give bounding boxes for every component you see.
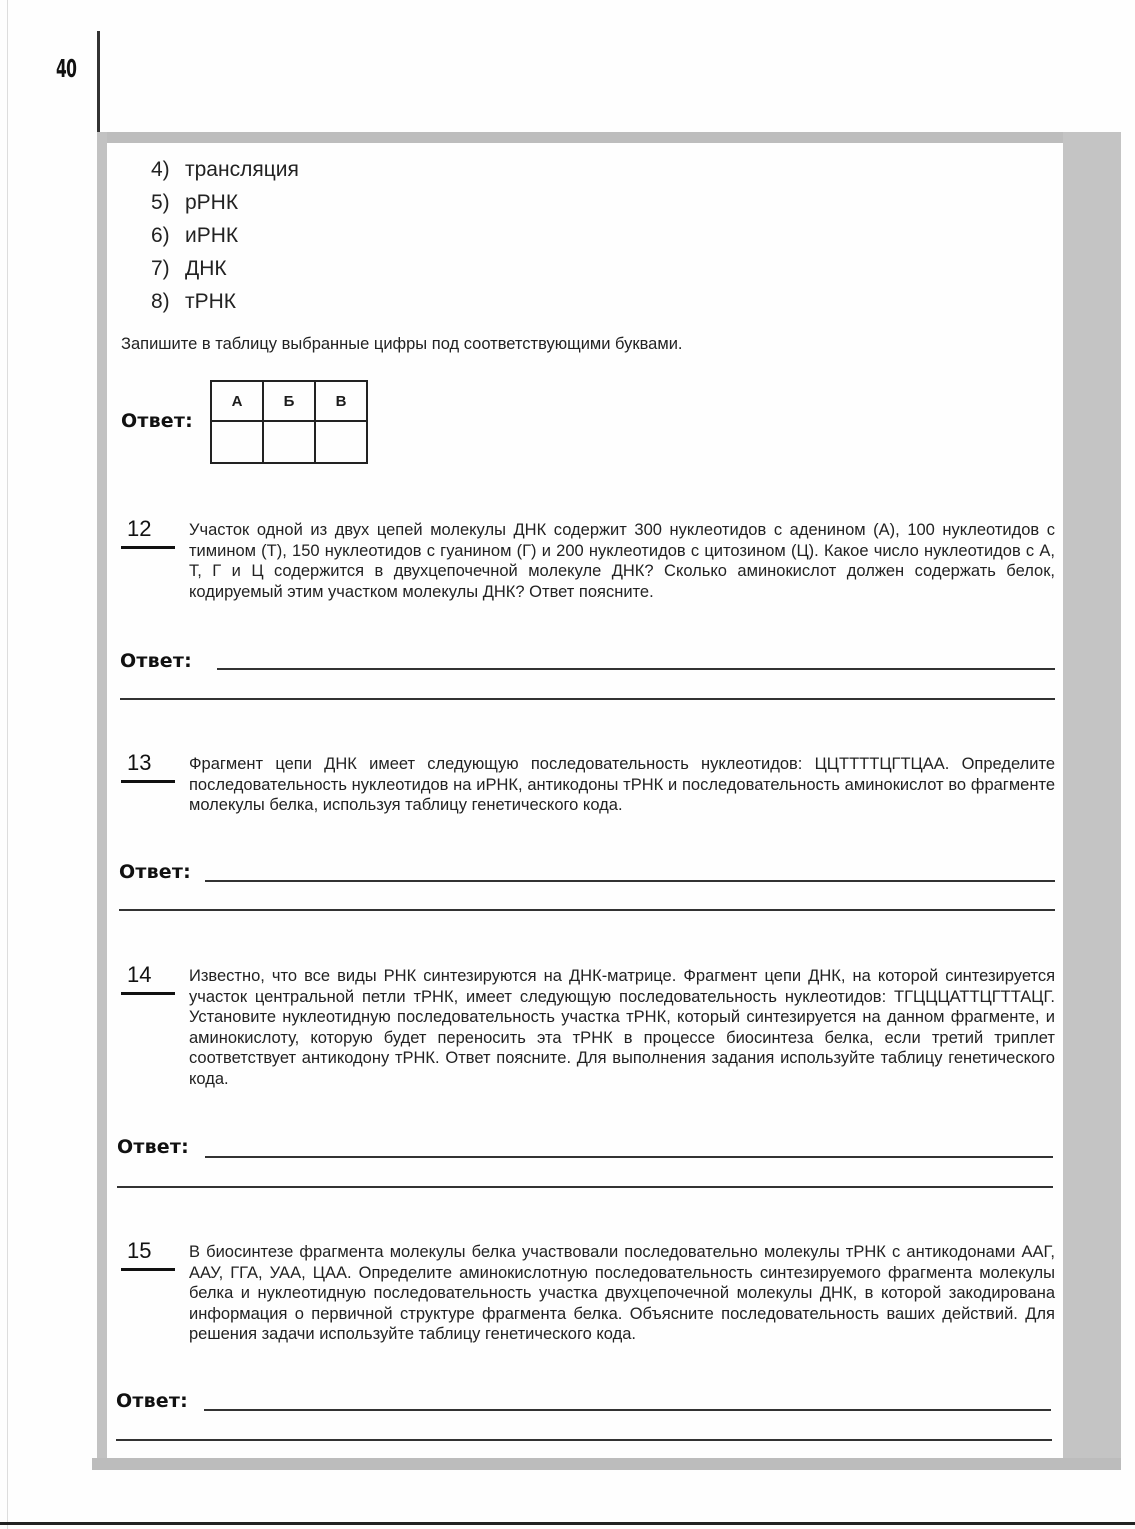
frame-border-left <box>97 132 107 1470</box>
option-label: ДНК <box>185 257 227 280</box>
options-list: 4)трансляция 5)рРНК 6)иРНК 7)ДНК 8)тРНК <box>151 153 299 318</box>
task-number-underline <box>121 992 175 995</box>
task-number: 12 <box>127 516 151 542</box>
answer-cell-b[interactable] <box>263 421 315 463</box>
task-number: 13 <box>127 750 151 776</box>
answer-label: Ответ: <box>119 861 191 883</box>
answer-line[interactable] <box>116 1439 1052 1441</box>
answer-line[interactable] <box>119 909 1055 911</box>
answer-line[interactable] <box>217 668 1055 670</box>
answer-cell-v[interactable] <box>315 421 367 463</box>
answer-cell-a[interactable] <box>211 421 263 463</box>
frame-border-top <box>97 132 1120 143</box>
option-number: 5) <box>151 186 185 219</box>
page-number: 40 <box>56 54 76 83</box>
scan-edge <box>7 0 8 1529</box>
option-item: 4)трансляция <box>151 153 299 186</box>
answer-label: Ответ: <box>117 1136 189 1158</box>
option-label: трансляция <box>185 158 299 181</box>
answer-line[interactable] <box>117 1186 1053 1188</box>
answer-label: Ответ: <box>116 1390 188 1412</box>
answer-line[interactable] <box>204 1409 1051 1411</box>
frame-border-right <box>1063 132 1121 1470</box>
task-number-underline <box>121 1268 175 1271</box>
task-number: 15 <box>127 1238 151 1264</box>
task-text: Известно, что все виды РНК синтезируются… <box>189 966 1055 1089</box>
task-number-underline <box>121 780 175 783</box>
task-text: В биосинтезе фрагмента молекулы белка уч… <box>189 1242 1055 1345</box>
option-item: 5)рРНК <box>151 186 299 219</box>
option-label: рРНК <box>185 191 238 214</box>
answer-label: Ответ: <box>121 410 193 432</box>
answer-table-header-b: Б <box>263 381 315 421</box>
task-text: Фрагмент цепи ДНК имеет следующую послед… <box>189 754 1055 816</box>
option-item: 7)ДНК <box>151 252 299 285</box>
answer-line[interactable] <box>205 1156 1053 1158</box>
answer-table: А Б В <box>210 380 368 464</box>
task-text: Участок одной из двух цепей молекулы ДНК… <box>189 520 1055 602</box>
option-number: 7) <box>151 252 185 285</box>
task-number-underline <box>121 546 175 549</box>
option-number: 6) <box>151 219 185 252</box>
option-item: 8)тРНК <box>151 285 299 318</box>
answer-line[interactable] <box>120 698 1055 700</box>
instruction-text: Запишите в таблицу выбранные цифры под с… <box>121 335 683 354</box>
frame-border-bottom <box>92 1458 1121 1470</box>
answer-table-header-v: В <box>315 381 367 421</box>
option-label: тРНК <box>185 290 236 313</box>
answer-table-header-a: А <box>211 381 263 421</box>
page-margin-rule <box>97 31 100 134</box>
option-number: 4) <box>151 153 185 186</box>
option-label: иРНК <box>185 224 238 247</box>
option-item: 6)иРНК <box>151 219 299 252</box>
task-number: 14 <box>127 962 151 988</box>
answer-line[interactable] <box>205 880 1055 882</box>
option-number: 8) <box>151 285 185 318</box>
answer-label: Ответ: <box>120 650 192 672</box>
page-bottom-rule <box>0 1522 1135 1525</box>
